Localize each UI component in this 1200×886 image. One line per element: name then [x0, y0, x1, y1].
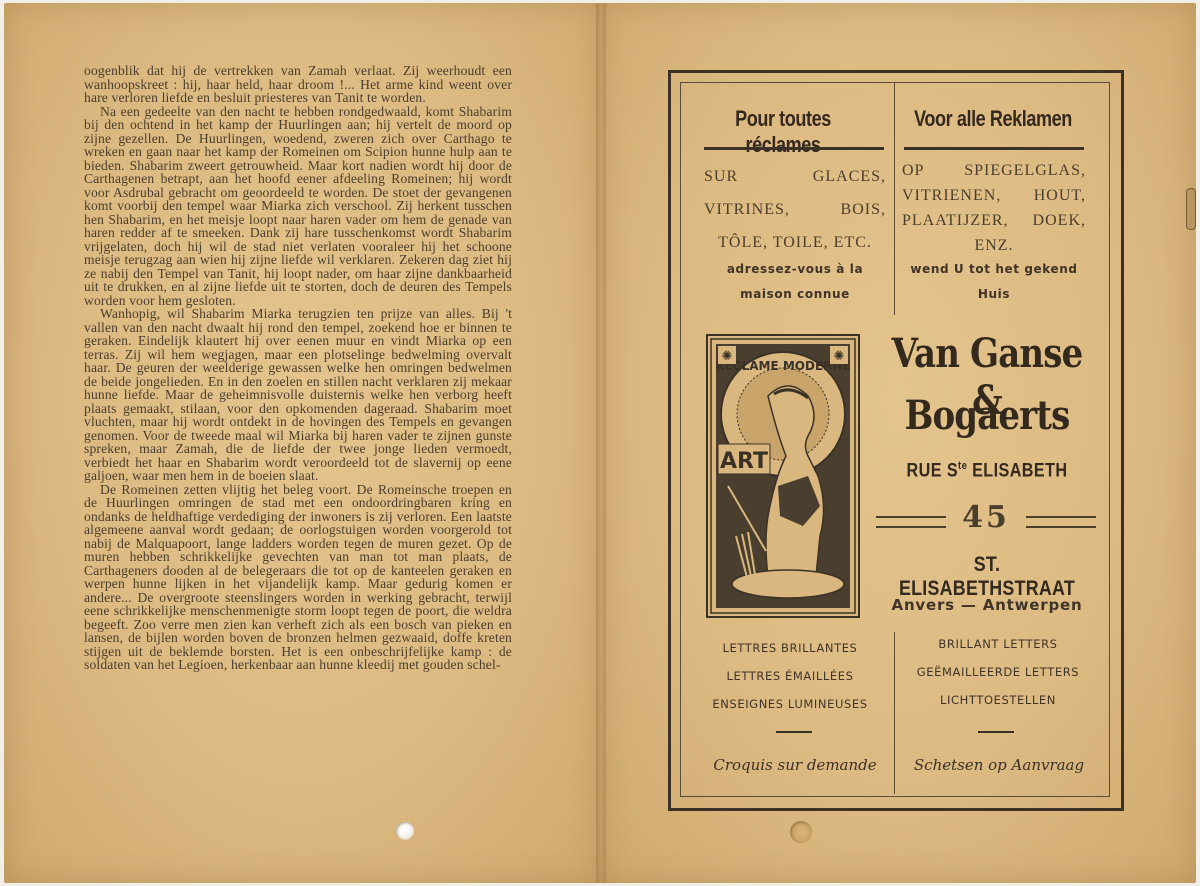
contact-line: maison connue — [704, 282, 886, 307]
dutch-sketch-note: Schetsen op Aanvraag — [894, 756, 1104, 774]
booklet-spread: oogenblik dat hij de vertrekken van Zama… — [0, 0, 1200, 886]
punch-hole — [790, 821, 812, 843]
street-abbrev: te — [958, 460, 967, 472]
service-item: GEËMAILLEERDE LETTERS — [898, 658, 1098, 686]
double-rule — [1026, 516, 1096, 528]
company-name: Bogaerts — [884, 392, 1090, 439]
separator-rule — [978, 731, 1014, 733]
dutch-contact: wend U tot het gekend Huis — [902, 257, 1086, 307]
svg-text:ART: ART — [720, 449, 768, 474]
paragraph: oogenblik dat hij de vertrekken van Zama… — [84, 64, 512, 105]
heading-rule — [704, 147, 884, 150]
svg-text:✺: ✺ — [834, 349, 845, 364]
street-suffix: ELISABETH — [967, 460, 1067, 481]
service-item: LETTRES BRILLANTES — [690, 634, 890, 662]
paragraph: De Romeinen zetten vlijtig het beleg voo… — [84, 483, 512, 672]
separator-rule — [776, 731, 812, 733]
paragraph: Wanhopig, wil Shabarim Miarka terugzien … — [84, 307, 512, 483]
svg-text:✺: ✺ — [722, 349, 733, 364]
french-contact: adressez-vous à la maison connue — [704, 257, 886, 307]
dutch-surfaces: OP SPIEGELGLAS, VITRIENEN, HOUT, PLAATIJ… — [902, 158, 1086, 258]
art-nouveau-woman-icon: RECLAME MODERNE ✺ ✺ ART — [708, 336, 858, 616]
french-sketch-note: Croquis sur demande — [690, 756, 900, 774]
contact-line: Huis — [902, 282, 1086, 307]
staple-mark — [1186, 188, 1196, 230]
service-item: LETTRES ÉMAILLÉES — [690, 662, 890, 690]
dutch-heading: Voor alle Reklamen — [911, 106, 1075, 132]
contact-line: adressez-vous à la — [704, 257, 886, 282]
french-surfaces: SUR GLACES, VITRINES, BOIS, TÔLE, TOILE,… — [704, 160, 886, 259]
contact-line: wend U tot het gekend — [902, 257, 1086, 282]
double-rule — [876, 516, 946, 528]
house-number: 45 — [946, 500, 1026, 535]
reclame-moderne-illustration: RECLAME MODERNE ✺ ✺ ART — [706, 334, 860, 618]
punch-hole — [396, 822, 414, 840]
house-number-row: 45 — [876, 502, 1096, 538]
heading-rule — [904, 147, 1084, 150]
french-heading: Pour toutes réclames — [701, 106, 865, 158]
street-french: RUE Ste ELISABETH — [884, 460, 1090, 482]
service-item: LICHTTOESTELLEN — [898, 686, 1098, 714]
binding-gutter — [596, 3, 606, 883]
service-item: BRILLANT LETTERS — [898, 630, 1098, 658]
street-prefix: RUE S — [907, 460, 958, 481]
street-dutch: ST. ELISABETHSTRAAT — [884, 553, 1090, 601]
service-item: ENSEIGNES LUMINEUSES — [690, 690, 890, 718]
french-services: LETTRES BRILLANTES LETTRES ÉMAILLÉES ENS… — [690, 634, 890, 718]
dutch-services: BRILLANT LETTERS GEËMAILLEERDE LETTERS L… — [898, 630, 1098, 714]
paragraph: Na een gedeelte van den nacht te hebben … — [84, 105, 512, 308]
column-divider — [894, 83, 895, 315]
city: Anvers — Antwerpen — [866, 596, 1108, 614]
story-text: oogenblik dat hij de vertrekken van Zama… — [84, 64, 512, 672]
